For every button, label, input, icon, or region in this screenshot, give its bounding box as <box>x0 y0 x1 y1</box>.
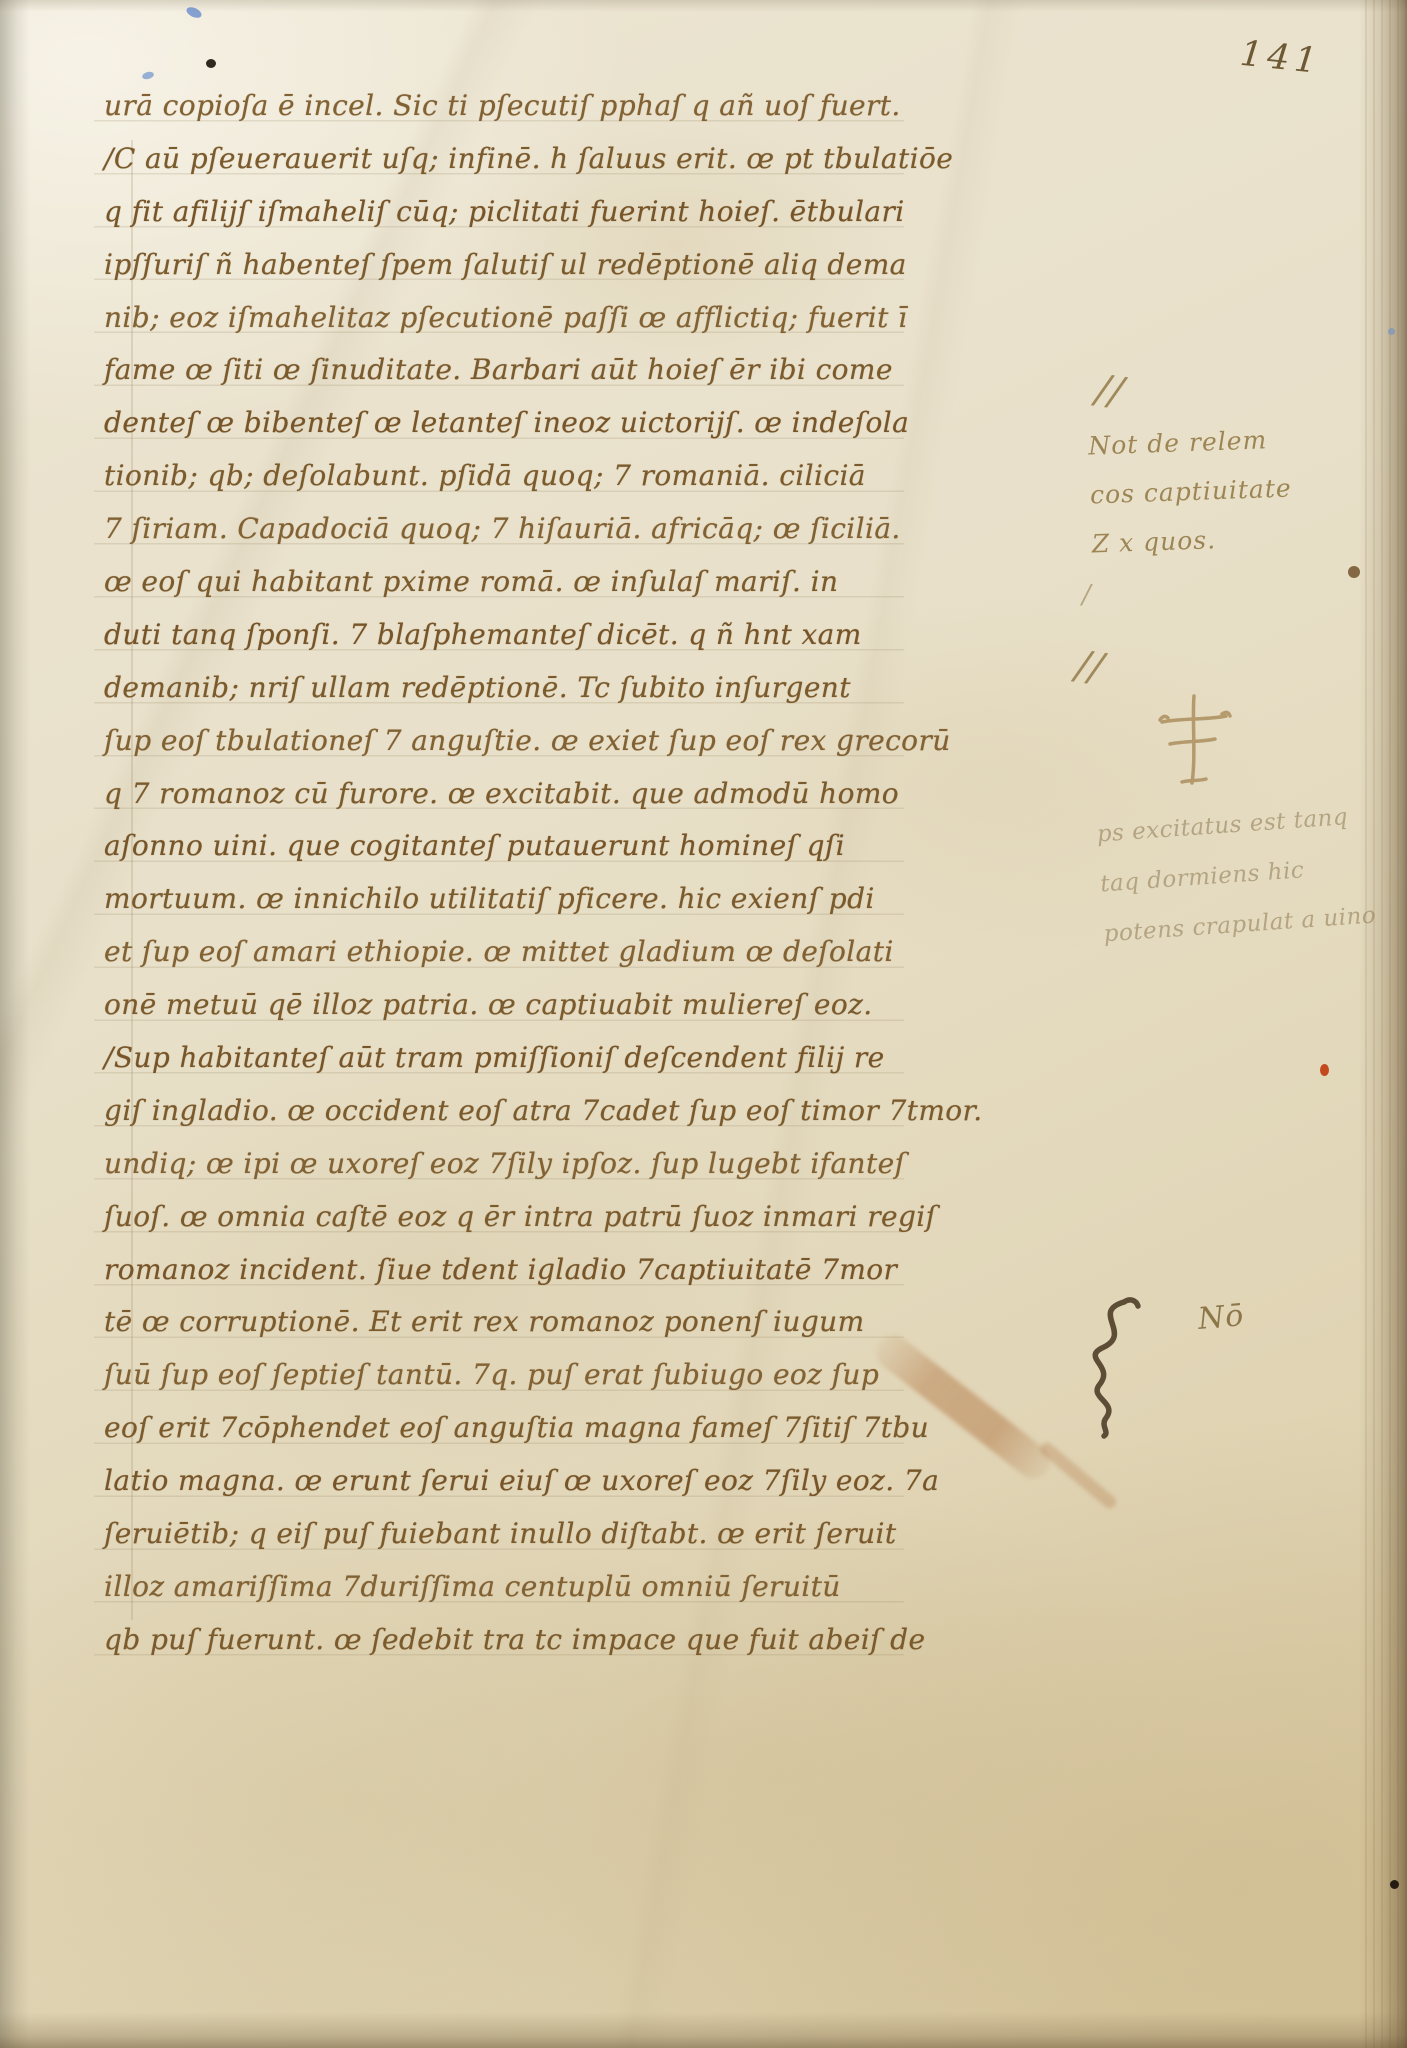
text-line: denteſ œ bibenteſ œ letanteſ ineoz uicto… <box>104 397 904 450</box>
margin-note-line: Not de relem <box>1087 415 1290 471</box>
page-left-gutter-edge <box>0 0 30 2048</box>
text-line: duti tanq ſponſi. 7 blaſphemanteſ dicēt.… <box>104 609 904 662</box>
text-line: ſeruiētib; q eiſ puſ fuiebant inullo diſ… <box>104 1508 904 1561</box>
ink-speck <box>206 59 216 68</box>
margin-note-captivity: Not de relem cos captiuitate Z x quos. <box>1087 415 1294 569</box>
text-line: giſ ingladio. œ occident eoſ atra 7cadet… <box>104 1085 904 1138</box>
nota-abbreviation-mark: Nō <box>1197 1298 1246 1337</box>
text-line: /C aū pſeuerauerit uſq; infinē. h ſaluus… <box>104 133 904 186</box>
red-pigment-speck <box>1320 1064 1329 1076</box>
blue-pigment-speck <box>1388 328 1395 335</box>
text-line: q fit afilijſ iſmaheliſ cūq; piclitati f… <box>104 186 904 239</box>
text-line: latio magna. œ erunt ſerui eiuſ œ uxoreſ… <box>104 1455 904 1508</box>
blue-pigment-speck <box>141 71 154 81</box>
flourish-mark-icon <box>1080 1296 1142 1441</box>
text-block: urā copioſa ē incel. Sic ti pſecutiſ pph… <box>104 80 904 1680</box>
text-line: romanoz incident. ſiue tdent igladio 7ca… <box>104 1244 904 1297</box>
page-top-edge <box>0 0 1407 12</box>
text-line: urā copioſa ē incel. Sic ti pſecutiſ pph… <box>104 80 904 133</box>
cross-doodle-icon <box>1152 690 1238 790</box>
ink-smudge-stain-tail <box>1038 1440 1119 1511</box>
text-line: ſuū ſup eoſ ſeptieſ tantū. 7q. puſ erat … <box>104 1349 904 1402</box>
text-line: œ eoſ qui habitant pxime romā. œ inſulaſ… <box>104 556 904 609</box>
wormhole-dot <box>1390 1880 1399 1889</box>
margin-note-line: Z x quos. <box>1091 512 1294 568</box>
text-line: demanib; nriſ ullam redēptionē. Tc ſubit… <box>104 662 904 715</box>
page-stack-right-edge <box>1359 0 1407 2048</box>
text-line: aſonno uini. que cogitanteſ putauerunt h… <box>104 820 904 873</box>
text-line: mortuum. œ innichilo utilitatiſ pficere.… <box>104 873 904 926</box>
text-line: illoz amariſſima 7duriſſima centuplū omn… <box>104 1561 904 1614</box>
folio-number: 141 <box>1238 34 1324 82</box>
text-line: ipſſuriſ ñ habenteſ ſpem ſalutiſ ul redē… <box>104 239 904 292</box>
text-line: nib; eoz iſmahelitaz pſecutionē paſſi œ … <box>104 292 904 345</box>
margin-note-line: cos captiuitate <box>1089 463 1292 519</box>
text-line: ſup eoſ tbulationeſ 7 anguſtie. œ exiet … <box>104 715 904 768</box>
text-line: ſuoſ. œ omnia caſtē eoz q ēr intra patrū… <box>104 1191 904 1244</box>
text-line: 7 ſiriam. Capadociā quoq; 7 hiſauriā. af… <box>104 503 904 556</box>
text-line: undiq; œ ipi œ uxoreſ eoz 7ſily ipſoz. ſ… <box>104 1138 904 1191</box>
hairline-slash-mark: / <box>1082 580 1091 610</box>
nota-slash-mark: // <box>1073 642 1106 691</box>
text-line: tē œ corruptionē. Et erit rex romanoz po… <box>104 1296 904 1349</box>
text-line: tionib; qb; deſolabunt. pſidā quoq; 7 ro… <box>104 450 904 503</box>
text-line: et ſup eoſ amari ethiopie. œ mittet glad… <box>104 926 904 979</box>
margin-note-psalm: ps excitatus est tanq taq dormiens hic p… <box>1095 791 1378 960</box>
text-line: eoſ erit 7cōphendet eoſ anguſtia magna f… <box>104 1402 904 1455</box>
text-line: q 7 romanoz cū furore. œ excitabit. que … <box>104 768 904 821</box>
page-bottom-edge <box>0 2012 1407 2048</box>
text-line: qb puſ fuerunt. œ ſedebit tra tc impace … <box>104 1614 904 1667</box>
brown-fleck <box>1348 566 1360 578</box>
manuscript-page: 141 urā copioſa ē incel. Sic ti pſecutiſ… <box>0 0 1407 2048</box>
text-line: onē metuū qē illoz patria. œ captiuabit … <box>104 979 904 1032</box>
text-line: /Sup habitanteſ aūt tram pmiſſioniſ deſc… <box>104 1032 904 1085</box>
text-line: fame œ ſiti œ ſinuditate. Barbari aūt ho… <box>104 344 904 397</box>
nota-slash-mark: // <box>1093 366 1126 415</box>
